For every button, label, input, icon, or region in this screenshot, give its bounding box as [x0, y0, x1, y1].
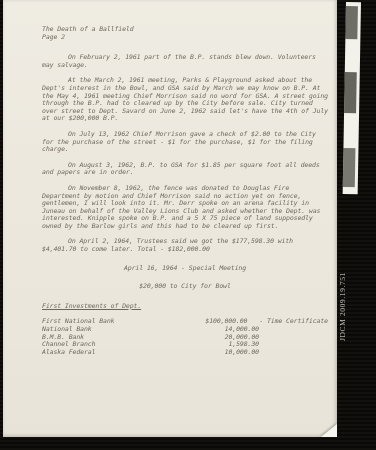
document-title: The Death of a Ballfield [42, 26, 328, 34]
page-corner-fold [321, 424, 337, 437]
paragraph-july-1962: On July 13, 1962 Chief Morrison gave a c… [42, 131, 328, 154]
bank-name: Alaska Federal [42, 349, 187, 357]
bank-note: - Time Certificate [259, 318, 328, 326]
investments-heading: First Investments of Dept. [42, 303, 328, 311]
accession-number-label: JDCM 2009.19.751 [338, 246, 352, 341]
calibration-gray-block [343, 148, 356, 187]
table-row: National Bank 14,000.00 [42, 326, 328, 334]
title-block: The Death of a Ballfield Page 2 [42, 26, 328, 41]
page-number: Page 2 [42, 34, 328, 42]
bowl-payment-line: $20,000 to City for Bowl [42, 283, 328, 291]
special-meeting-line: April 16, 1964 - Special Meeting [42, 265, 328, 273]
document-page: The Death of a Ballfield Page 2 On Febru… [3, 0, 337, 437]
scanned-document: The Death of a Ballfield Page 2 On Febru… [0, 0, 376, 450]
investments-table: First National Bank $100,000.00 - Time C… [42, 318, 328, 356]
paragraph-november-1962: On November 8, 1962, the fence was donat… [42, 185, 328, 231]
paragraph-august-1962: On August 3, 1962, B.P. to GSA for $1.85… [42, 162, 328, 177]
calibration-gray-block [344, 72, 357, 113]
paragraph-march-1961: At the March 2, 1961 meeting, Parks & Pl… [42, 77, 328, 123]
paragraph-april-1964: On April 2, 1964, Trustees said we got t… [42, 238, 328, 253]
calibration-gray-block [345, 6, 358, 39]
bank-amount: 10,000.00 [187, 349, 259, 357]
paragraph-february-1961: On February 2, 1961 part of the B.P. sta… [42, 54, 328, 69]
table-row: Alaska Federal 10,000.00 [42, 349, 328, 357]
document-text: The Death of a Ballfield Page 2 On Febru… [42, 26, 328, 356]
grayscale-calibration-strip [343, 2, 361, 194]
